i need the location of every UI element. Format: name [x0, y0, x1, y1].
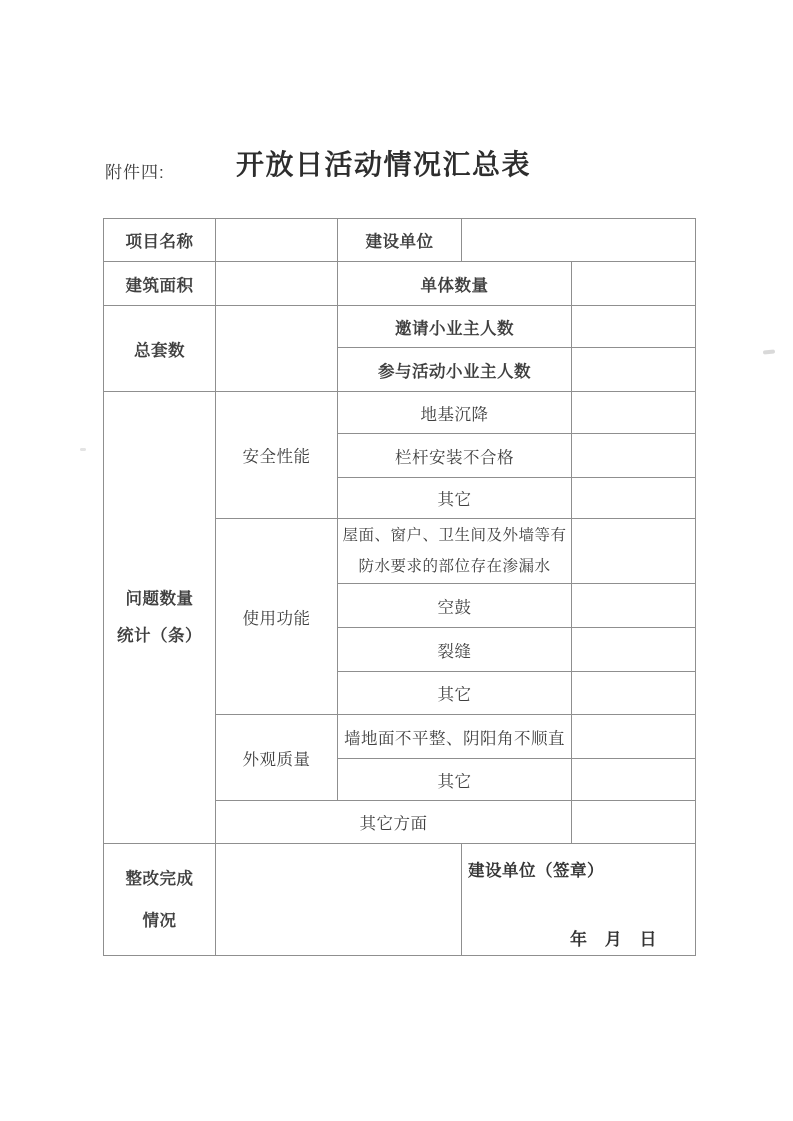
- problem-value-cell: [572, 392, 696, 434]
- problem-value-cell: [572, 434, 696, 478]
- rectification-label-cell: 整改完成 情况: [104, 844, 216, 956]
- scan-artifact: [80, 448, 86, 451]
- date-label: 年 月 日: [462, 881, 695, 950]
- problem-item-cell: 其它: [338, 478, 572, 519]
- problem-value-cell: [572, 759, 696, 801]
- table-row: 整改完成 情况 建设单位（签章） 年 月 日: [104, 844, 696, 956]
- project-name-value-cell: [216, 219, 338, 262]
- problem-value-cell: [572, 628, 696, 672]
- table-row: 建筑面积 单体数量: [104, 262, 696, 306]
- category-safety-cell: 安全性能: [216, 392, 338, 519]
- problem-value-cell: [572, 672, 696, 715]
- problem-stats-label-cell: 问题数量 统计（条）: [104, 392, 216, 844]
- construction-unit-value-cell: [462, 219, 696, 262]
- signature-cell: 建设单位（签章） 年 月 日: [462, 844, 696, 956]
- attachment-label: 附件四:: [105, 158, 165, 183]
- problem-value-cell: [572, 715, 696, 759]
- total-units-label-cell: 总套数: [104, 306, 216, 392]
- construction-unit-label-cell: 建设单位: [338, 219, 462, 262]
- problem-value-cell: [572, 519, 696, 584]
- problem-value-cell: [572, 584, 696, 628]
- rectification-value-cell: [216, 844, 462, 956]
- problem-item-cell: 其它: [338, 759, 572, 801]
- participants-value-cell: [572, 348, 696, 392]
- invited-owners-label-cell: 邀请小业主人数: [338, 306, 572, 348]
- invited-owners-value-cell: [572, 306, 696, 348]
- table-row: 总套数 邀请小业主人数: [104, 306, 696, 348]
- problem-item-cell: 空鼓: [338, 584, 572, 628]
- building-area-label-cell: 建筑面积: [104, 262, 216, 306]
- problem-item-cell: 地基沉降: [338, 392, 572, 434]
- problem-item-cell: 屋面、窗户、卫生间及外墙等有 防水要求的部位存在渗漏水: [338, 519, 572, 584]
- building-area-value-cell: [216, 262, 338, 306]
- other-aspects-value-cell: [572, 801, 696, 844]
- summary-table: 项目名称 建设单位 建筑面积 单体数量 总套数 邀请小业主人数 参与活: [103, 218, 696, 956]
- participants-label-cell: 参与活动小业主人数: [338, 348, 572, 392]
- scan-artifact: [763, 349, 775, 354]
- problem-item-cell: 栏杆安装不合格: [338, 434, 572, 478]
- problem-item-cell: 裂缝: [338, 628, 572, 672]
- project-name-label-cell: 项目名称: [104, 219, 216, 262]
- signature-label: 建设单位（签章）: [462, 844, 695, 881]
- unit-count-value-cell: [572, 262, 696, 306]
- document-page: 附件四: 开放日活动情况汇总表 项目名称 建设单位 建筑面积 单体数量: [0, 0, 793, 1121]
- table-row: 项目名称 建设单位: [104, 219, 696, 262]
- category-appearance-cell: 外观质量: [216, 715, 338, 801]
- unit-count-label-cell: 单体数量: [338, 262, 572, 306]
- problem-item-cell: 墙地面不平整、阴阳角不顺直: [338, 715, 572, 759]
- table-row: 问题数量 统计（条） 安全性能 地基沉降: [104, 392, 696, 434]
- page-title: 开放日活动情况汇总表: [236, 147, 531, 183]
- other-aspects-label-cell: 其它方面: [216, 801, 572, 844]
- total-units-value-cell: [216, 306, 338, 392]
- category-usage-cell: 使用功能: [216, 519, 338, 715]
- problem-value-cell: [572, 478, 696, 519]
- problem-item-cell: 其它: [338, 672, 572, 715]
